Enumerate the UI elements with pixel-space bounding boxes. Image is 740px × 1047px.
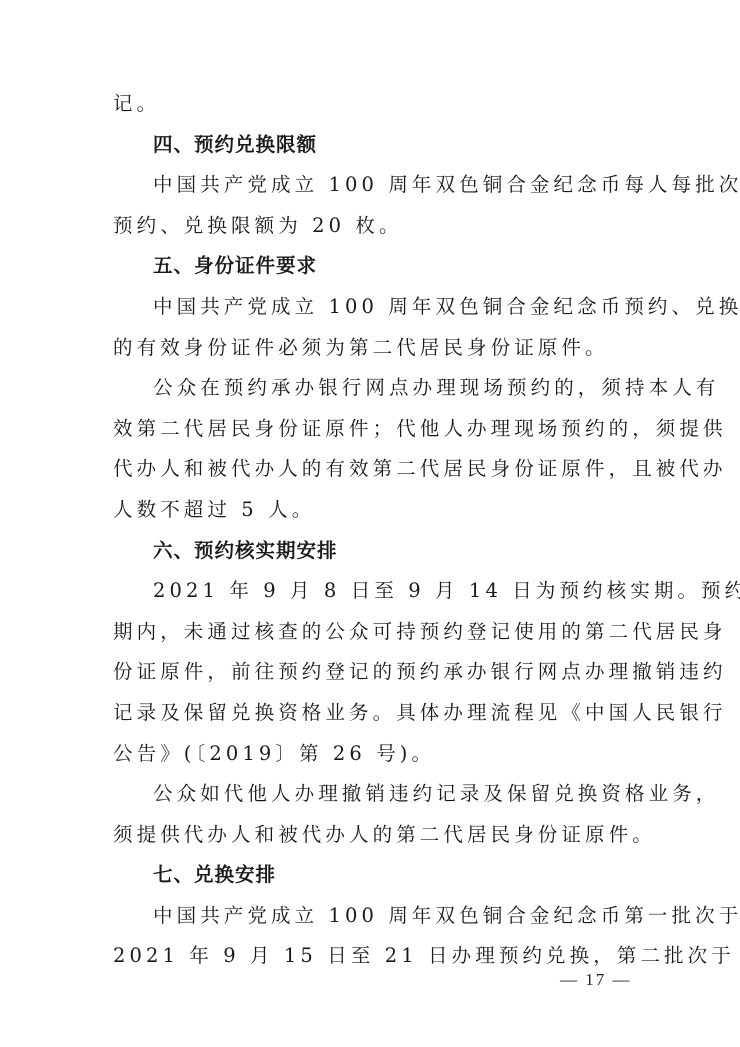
section-heading: 四、预约兑换限额 bbox=[113, 125, 627, 166]
section-heading: 七、兑换安排 bbox=[113, 855, 627, 896]
text-line: 2021 年 9 月 15 日至 21 日办理预约兑换，第二批次于 2021 bbox=[113, 936, 627, 977]
section-heading: 六、预约核实期安排 bbox=[113, 531, 627, 572]
text-line: 记录及保留兑换资格业务。具体办理流程见《中国人民银行 bbox=[113, 693, 627, 734]
text-line: 中国共产党成立 100 周年双色铜合金纪念币第一批次于 bbox=[113, 896, 627, 937]
text-line: 须提供代办人和被代办人的第二代居民身份证原件。 bbox=[113, 815, 627, 856]
text-line: 2021 年 9 月 8 日至 9 月 14 日为预约核实期。预约核实 bbox=[113, 571, 627, 612]
text-line: 公众在预约承办银行网点办理现场预约的，须持本人有 bbox=[113, 368, 627, 409]
document-page: 记。四、预约兑换限额中国共产党成立 100 周年双色铜合金纪念币每人每批次预约、… bbox=[113, 84, 627, 977]
text-line: 中国共产党成立 100 周年双色铜合金纪念币每人每批次 bbox=[113, 165, 627, 206]
text-line: 份证原件，前往预约登记的预约承办银行网点办理撤销违约 bbox=[113, 652, 627, 693]
text-line: 公告》(〔2019〕第 26 号)。 bbox=[113, 734, 627, 775]
text-line: 公众如代他人办理撤销违约记录及保留兑换资格业务， bbox=[113, 774, 627, 815]
text-line: 预约、兑换限额为 20 枚。 bbox=[113, 206, 627, 247]
text-line: 记。 bbox=[113, 84, 627, 125]
text-line: 期内，未通过核查的公众可持预约登记使用的第二代居民身 bbox=[113, 612, 627, 653]
page-number: — 17 — bbox=[560, 970, 632, 990]
text-line: 的有效身份证件必须为第二代居民身份证原件。 bbox=[113, 328, 627, 369]
text-line: 代办人和被代办人的有效第二代居民身份证原件，且被代办 bbox=[113, 449, 627, 490]
section-heading: 五、身份证件要求 bbox=[113, 246, 627, 287]
text-line: 中国共产党成立 100 周年双色铜合金纪念币预约、兑换 bbox=[113, 287, 627, 328]
text-line: 效第二代居民身份证原件；代他人办理现场预约的，须提供 bbox=[113, 409, 627, 450]
text-line: 人数不超过 5 人。 bbox=[113, 490, 627, 531]
